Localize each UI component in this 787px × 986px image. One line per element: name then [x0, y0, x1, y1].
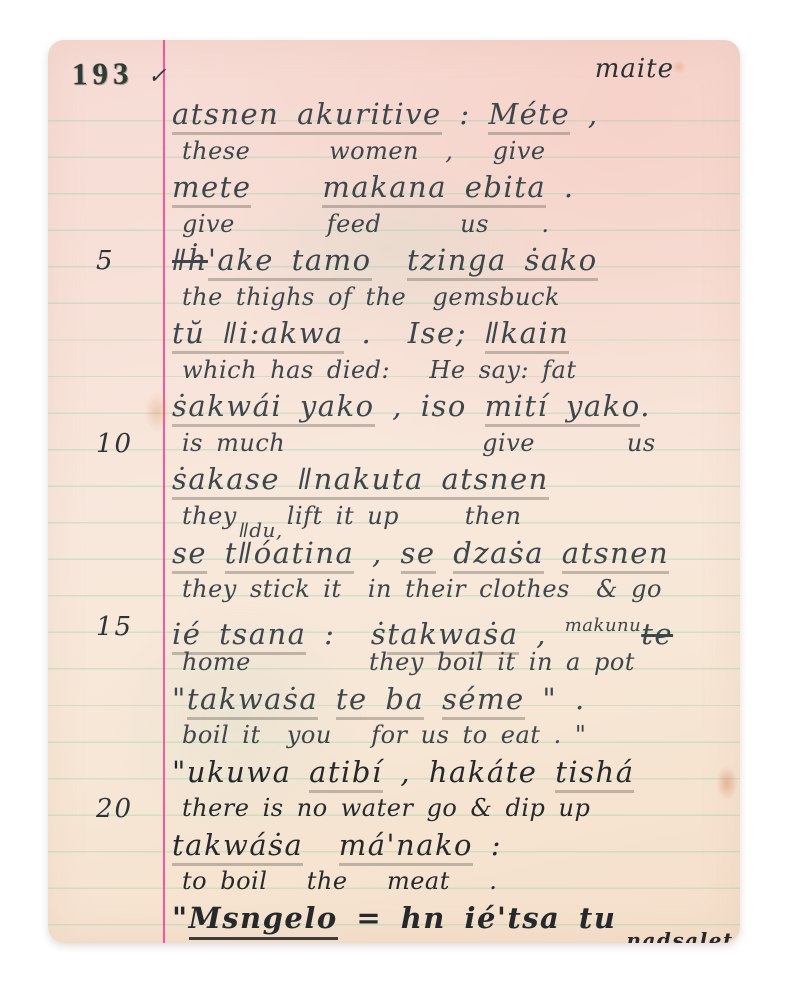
- manuscript-word: atibí: [309, 755, 383, 793]
- manuscript-word: "ukuwa: [172, 755, 309, 789]
- manuscript-line: "ukuwa atibí , hakáte tishá: [168, 754, 736, 791]
- manuscript-line: ṡakwái yako , iso mití yako.: [168, 388, 736, 425]
- manuscript-word: ,: [354, 536, 400, 570]
- manuscript-word: akuritive: [297, 97, 442, 135]
- manuscript-line: 5ǁḣ'ake tamo tzinga ṡako: [168, 242, 736, 279]
- manuscript-word: lift it up then: [287, 502, 522, 530]
- manuscript-line: theyǁdu,lift it up then: [168, 498, 736, 535]
- manuscript-word: = hn ié'tsa tu: [338, 901, 617, 935]
- manuscript-line: ṡakase ǁnakuta atsnen: [168, 461, 736, 498]
- manuscript-word: takwáṡa: [172, 828, 303, 866]
- manuscript-word: give feed us .: [182, 210, 550, 238]
- manuscript-word: ,: [570, 97, 598, 131]
- manuscript-word: ": [172, 901, 189, 935]
- manuscript-line: "takwaṡa te ba séme " .: [168, 681, 736, 718]
- line-number-marker: 15: [96, 609, 133, 646]
- manuscript-word: , hakáte: [383, 755, 556, 789]
- manuscript-line: "Msngelo = hn ié'tsa tunadsalet: [168, 900, 736, 937]
- manuscript-word: [251, 170, 322, 204]
- manuscript-word: these women , give: [182, 137, 546, 165]
- manuscript-word: atsnen: [172, 97, 297, 135]
- manuscript-word: is much give us: [182, 429, 656, 457]
- paper-stain: [672, 60, 686, 74]
- manuscript-line: tŭ ǁi:akwa . Ise; ǁkain: [168, 315, 736, 352]
- manuscript-word: boil it you for us to eat . ": [182, 721, 586, 749]
- manuscript-word: :: [442, 97, 489, 131]
- manuscript-word: there is no water go & dip up: [182, 794, 590, 822]
- manuscript-word: they: [182, 502, 237, 530]
- manuscript-line: mete makana ebita .: [168, 169, 736, 206]
- manuscript-word: Msngelo: [189, 901, 338, 940]
- line-number-marker: 5: [96, 243, 115, 280]
- manuscript-word: [544, 536, 562, 570]
- manuscript-word: " .: [525, 682, 586, 716]
- manuscript-word: ǁkain: [485, 316, 570, 354]
- manuscript-word: , iso: [375, 389, 485, 423]
- manuscript-word: tŭ ǁi:akwa: [172, 316, 344, 354]
- manuscript-word: home they boil it in a pot: [182, 648, 635, 676]
- manuscript-word: [318, 682, 336, 716]
- manuscript-word: tishá: [555, 755, 634, 793]
- manuscript-word: .: [546, 170, 574, 204]
- manuscript-line: to boil the meat .: [168, 863, 736, 900]
- manuscript-line: these women , give: [168, 133, 736, 170]
- manuscript-word: má'nako: [339, 828, 473, 866]
- manuscript-word: [372, 243, 407, 277]
- pink-margin-line: [163, 40, 165, 943]
- manuscript-word: [207, 536, 225, 570]
- manuscript-word: which has died: He say: fat: [182, 356, 577, 384]
- manuscript-line: 20there is no water go & dip up: [168, 790, 736, 827]
- manuscript-line: the thighs of the gemsbuck: [168, 279, 736, 316]
- manuscript-word: :: [473, 828, 502, 862]
- manuscript-word: 'ake tamo: [208, 243, 372, 281]
- page-number-stamp: 193: [72, 56, 134, 93]
- manuscript-word: séme: [442, 682, 525, 720]
- manuscript-word: se: [172, 536, 207, 574]
- manuscript-word: te ba: [336, 682, 424, 720]
- manuscript-text: atsnen akuritive : Méte ,these women , g…: [168, 96, 736, 937]
- manuscript-word: tzinga ṡako: [407, 243, 598, 281]
- checkmark-mark: ✓: [148, 64, 166, 89]
- manuscript-word: se: [401, 536, 436, 574]
- manuscript-line: 15ié tsana : ṡtakwaṡa , makunute: [168, 608, 736, 645]
- manuscript-line: atsnen akuritive : Méte ,: [168, 96, 736, 133]
- manuscript-word: [436, 536, 454, 570]
- manuscript-word: ": [172, 682, 187, 716]
- line-number-marker: 10: [96, 426, 133, 463]
- manuscript-word: [303, 828, 338, 862]
- manuscript-word: to boil the meat .: [182, 867, 497, 895]
- manuscript-word: takwaṡa: [187, 682, 318, 720]
- line-number-marker: 20: [96, 791, 133, 828]
- manuscript-line: which has died: He say: fat: [168, 352, 736, 389]
- manuscript-word: ǁḣ: [172, 243, 208, 277]
- manuscript-line: se tǁóatina , se dzaṡa atsnen: [168, 535, 736, 572]
- manuscript-word: tǁóatina: [225, 536, 355, 574]
- manuscript-word: ṡakase ǁnakuta atsnen: [172, 462, 549, 500]
- manuscript-word: makunu: [565, 615, 642, 636]
- manuscript-line: give feed us .: [168, 206, 736, 243]
- manuscript-word: the thighs of the gemsbuck: [182, 283, 560, 311]
- manuscript-word: nadsalet: [626, 928, 733, 943]
- manuscript-word: Méte: [488, 97, 570, 135]
- manuscript-line: 10is much give us: [168, 425, 736, 462]
- manuscript-line: takwáṡa má'nako :: [168, 827, 736, 864]
- manuscript-word: mete: [172, 170, 251, 208]
- manuscript-word: . Ise;: [344, 316, 485, 350]
- manuscript-word: ṡakwái yako: [172, 389, 375, 427]
- scanned-document-background: 193 ✓ maite atsnen akuritive : Méte ,the…: [0, 0, 787, 986]
- manuscript-word: dzaṡa: [453, 536, 544, 574]
- manuscript-word: mití yako: [485, 389, 641, 427]
- manuscript-word: .: [640, 389, 651, 423]
- manuscript-line: home they boil it in a pot: [168, 644, 736, 681]
- manuscript-word: makana ebita: [322, 170, 546, 208]
- manuscript-word: they stick it in their clothes & go: [182, 575, 662, 603]
- notebook-page: 193 ✓ maite atsnen akuritive : Méte ,the…: [48, 40, 740, 943]
- manuscript-word: [424, 682, 442, 716]
- manuscript-line: they stick it in their clothes & go: [168, 571, 736, 608]
- manuscript-word: atsnen: [562, 536, 669, 574]
- manuscript-line: boil it you for us to eat . ": [168, 717, 736, 754]
- header-note: maite: [595, 54, 674, 84]
